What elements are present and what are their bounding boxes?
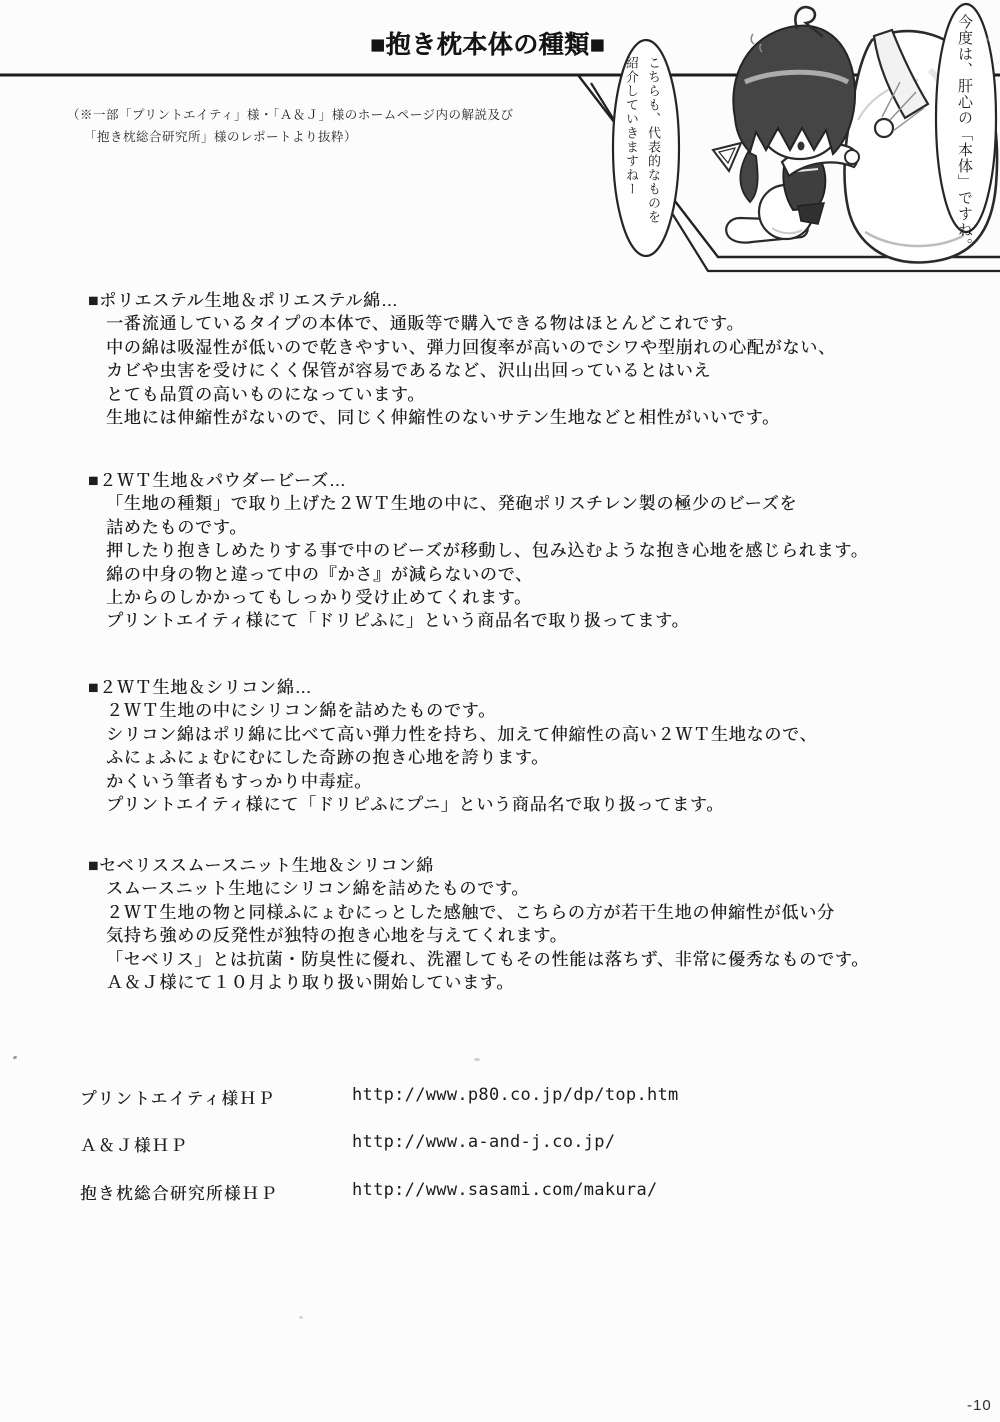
section-line: かくいう筆者もすっかり中毒症。	[88, 770, 968, 793]
scan-speck	[986, 38, 989, 41]
section-line: プリントエイティ様にて「ドリピふにプニ」という商品名で取り扱ってます。	[88, 793, 968, 816]
link-label-a-and-j: Ａ＆Ｊ様ＨＰ	[80, 1132, 188, 1156]
section-line: 綿の中身の物と違って中の『かさ』が減らないので、	[88, 563, 968, 586]
section-line: ふにょふにょむにむにした奇跡の抱き心地を誇ります。	[88, 746, 968, 769]
section-line: カビや虫害を受けにくく保管が容易であるなど、沢山出回っているとはいえ	[88, 359, 968, 382]
speech-bubble-left-col1: こちらも、代表的なものを	[642, 56, 664, 244]
header-comic-panel	[0, 0, 1000, 300]
section-line: 一番流通しているタイプの本体で、通販等で購入できる物はほとんどこれです。	[88, 312, 968, 335]
speech-bubble-right-text: 今度は、肝心の「本体」ですね。	[949, 14, 979, 226]
chibi-girl-drawing	[713, 7, 859, 242]
section-line: とても品質の高いものになっています。	[88, 383, 968, 406]
link-url-a-and-j: http://www.a-and-j.co.jp/	[352, 1132, 615, 1152]
section-line: 生地には伸縮性がないので、同じく伸縮性のないサテン生地などと相性がいいです。	[88, 406, 968, 429]
section-line: ２ＷＴ生地の物と同様ふにょむにっとした感触で、こちらの方が若干生地の伸縮性が低い…	[88, 901, 968, 924]
section-line: Ａ＆Ｊ様にて１０月より取り扱い開始しています。	[88, 971, 968, 994]
section-line: ２ＷＴ生地の中にシリコン綿を詰めたものです。	[88, 699, 968, 722]
section-heading: ■２ＷＴ生地＆シリコン綿…	[88, 676, 968, 699]
section-heading: ■セベリススムースニット生地＆シリコン綿	[88, 854, 968, 877]
scan-speck	[299, 1316, 303, 1319]
page-number: -10	[967, 1397, 992, 1414]
link-url-printeighty: http://www.p80.co.jp/dp/top.htm	[352, 1085, 679, 1105]
speech-bubble-left-col2: 紹介していきますねー	[620, 56, 642, 244]
speech-bubble-left-text: こちらも、代表的なものを 紹介していきますねー	[620, 56, 664, 244]
section-line: 押したり抱きしめたりする事で中のビーズが移動し、包み込むような抱き心地を感じられ…	[88, 539, 968, 562]
section-line: 「生地の種類」で取り上げた２ＷＴ生地の中に、発砲ポリスチレン製の極少のビーズを	[88, 492, 968, 515]
section-line: プリントエイティ様にて「ドリピふに」という商品名で取り扱ってます。	[88, 609, 968, 632]
section-seberis-smooth-knit: ■セベリススムースニット生地＆シリコン綿 スムースニット生地にシリコン綿を詰めた…	[88, 854, 968, 994]
section-heading: ■ポリエステル生地＆ポリエステル綿…	[88, 289, 968, 312]
section-line: 気持ち強めの反発性が独特の抱き心地を与えてくれます。	[88, 924, 968, 947]
section-line: 詰めたものです。	[88, 516, 968, 539]
scan-speck	[474, 1058, 480, 1061]
link-label-printeighty: プリントエイティ様ＨＰ	[80, 1085, 275, 1109]
scanned-doujin-page: ■抱き枕本体の種類■ （※一部「プリントエイティ」様・「Ａ＆Ｊ」様のホームページ…	[0, 0, 1000, 1422]
link-url-dakimakura-lab: http://www.sasami.com/makura/	[352, 1180, 658, 1200]
section-polyester: ■ポリエステル生地＆ポリエステル綿… 一番流通しているタイプの本体で、通販等で購…	[88, 289, 968, 429]
link-label-dakimakura-lab: 抱き枕総合研究所様ＨＰ	[80, 1180, 278, 1204]
section-line: 「セベリス」とは抗菌・防臭性に優れ、洗濯してもその性能は落ちず、非常に優秀なもの…	[88, 948, 968, 971]
section-line: シリコン綿はポリ綿に比べて高い弾力性を持ち、加えて伸縮性の高い２ＷＴ生地なので、	[88, 723, 968, 746]
section-2wt-silicon: ■２ＷＴ生地＆シリコン綿… ２ＷＴ生地の中にシリコン綿を詰めたものです。 シリコ…	[88, 676, 968, 816]
section-2wt-powder-beads: ■２ＷＴ生地＆パウダービーズ… 「生地の種類」で取り上げた２ＷＴ生地の中に、発砲…	[88, 469, 968, 633]
section-heading: ■２ＷＴ生地＆パウダービーズ…	[88, 469, 968, 492]
section-line: スムースニット生地にシリコン綿を詰めたものです。	[88, 877, 968, 900]
section-line: 中の綿は吸湿性が低いので乾きやすい、弾力回復率が高いのでシワや型崩れの心配がない…	[88, 336, 968, 359]
scan-speck	[13, 1055, 18, 1060]
section-line: 上からのしかかってもしっかり受け止めてくれます。	[88, 586, 968, 609]
